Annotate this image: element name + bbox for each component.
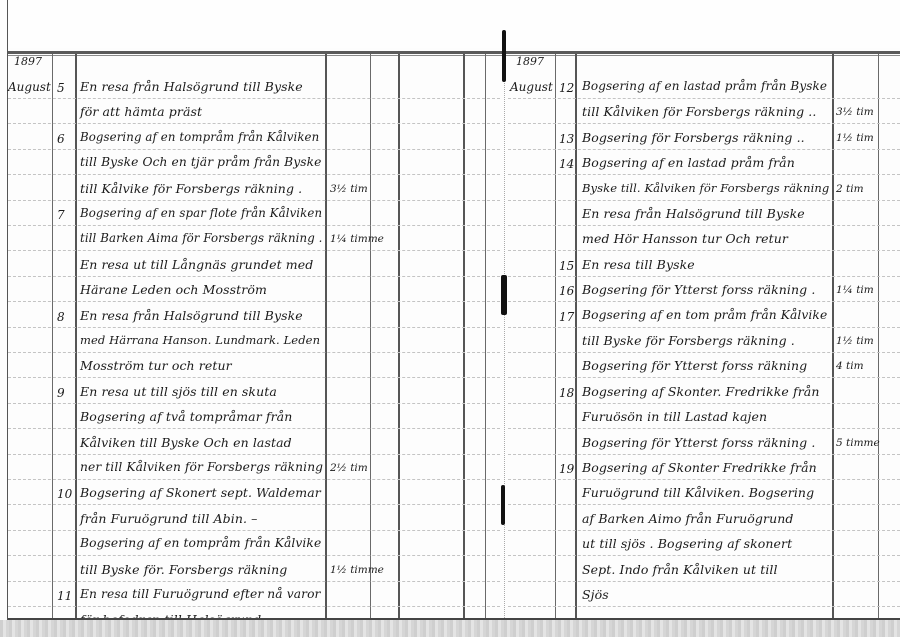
column-rule — [52, 54, 53, 620]
row-rule — [8, 428, 500, 429]
left-entry-day: 7 — [57, 208, 65, 222]
row-rule — [8, 174, 500, 175]
row-rule — [508, 225, 900, 226]
left-entry-text-line: till Barken Aima för Forsbergs räkning . — [80, 231, 323, 245]
row-rule — [508, 403, 900, 404]
right-entry-text-line: Sept. Indo från Kålviken ut till — [582, 562, 778, 577]
right-entry-text-line: till Byske för Forsbergs räkning . — [582, 333, 795, 348]
left-entry-day: 8 — [57, 310, 65, 324]
row-rule — [508, 327, 900, 328]
row-rule — [8, 149, 500, 150]
header-rule-thin — [8, 55, 900, 56]
right-entry-day: 17 — [559, 310, 574, 324]
right-entry-text-line: Bogsering för Ytterst forss räkning — [582, 358, 807, 373]
left-entry-text-line: En resa ut till Långnäs grundet med — [80, 257, 313, 272]
row-rule — [8, 250, 500, 251]
left-entry-text-line: Bogsering af en tompråm från Kålviken — [80, 130, 319, 144]
left-entry-hours: 2½ tim — [330, 462, 368, 474]
left-entry-text-line: till Kålvike för Forsbergs räkning . — [80, 181, 302, 196]
left-entry-hours: 3½ tim — [330, 183, 368, 195]
left-entry-text-line: En resa ut till sjös till en skuta — [80, 384, 277, 399]
row-rule — [8, 530, 500, 531]
right-entry-text-line: Byske till. Kålviken för Forsbergs räkni… — [582, 181, 829, 195]
column-rule — [485, 54, 486, 620]
header-rule — [8, 51, 900, 54]
row-rule — [508, 377, 900, 378]
right-entry-text-line: Sjös — [582, 587, 609, 602]
column-rule — [463, 54, 465, 620]
column-rule — [555, 54, 556, 620]
row-rule — [8, 504, 500, 505]
row-rule — [508, 250, 900, 251]
right-entry-text-line: Bogsering för Forsbergs räkning .. — [582, 130, 805, 145]
right-entry-text-line: Bogsering af en tom pråm från Kålvike — [582, 308, 827, 322]
row-rule — [508, 352, 900, 353]
left-entry-text-line: Kålviken till Byske Och en lastad — [80, 435, 292, 450]
row-rule — [508, 123, 900, 124]
right-month: August — [510, 80, 553, 94]
right-entry-text-line: Bogsering af Skonter Fredrikke från — [582, 460, 817, 475]
binding-mark-middle — [501, 275, 507, 315]
row-rule — [508, 149, 900, 150]
right-entry-text-line: Bogsering för Ytterst forss räkning . — [582, 435, 815, 450]
right-entry-hours: 1½ tim — [836, 335, 874, 347]
binding-mark-bottom — [501, 485, 505, 525]
left-entry-text-line: En resa från Halsögrund till Byske — [80, 79, 303, 94]
right-entry-day: 19 — [559, 462, 574, 476]
right-entry-text-line: till Kålviken för Forsbergs räkning .. — [582, 104, 816, 119]
column-rule — [878, 54, 879, 620]
left-entry-text-line: till Byske för. Forsbergs räkning — [80, 562, 287, 577]
left-year: 1897 — [14, 55, 42, 68]
left-entry-day: 11 — [57, 589, 72, 603]
column-rule — [325, 54, 327, 620]
left-month: August — [8, 80, 51, 94]
left-entry-hours: 1½ timme — [330, 564, 384, 576]
left-entry-hours: 1¼ timme — [330, 233, 384, 245]
left-entry-text-line: Bogsering af en tompråm från Kålvike — [80, 536, 321, 550]
right-entry-hours: 4 tim — [836, 360, 864, 372]
row-rule — [8, 454, 500, 455]
right-entry-text-line: ut till sjös . Bogsering af skonert — [582, 536, 792, 551]
right-entry-hours: 1¼ tim — [836, 284, 874, 296]
right-entry-text-line: Bogsering af en lastad pråm från Byske — [582, 79, 827, 93]
right-entry-hours: 2 tim — [836, 183, 864, 195]
row-rule — [8, 276, 500, 277]
right-year: 1897 — [516, 55, 544, 68]
row-rule — [508, 581, 900, 582]
right-entry-hours: 5 timme — [836, 437, 880, 449]
right-entry-text-line: En resa från Halsögrund till Byske — [582, 206, 805, 221]
column-rule — [75, 54, 77, 620]
top-margin — [8, 0, 900, 48]
ledger-spread: 1897 August 1897 August 5En resa från Ha… — [0, 0, 900, 637]
row-rule — [8, 98, 500, 99]
row-rule — [8, 301, 500, 302]
row-rule — [8, 200, 500, 201]
left-entry-text-line: Bogsering af två tompråmar från — [80, 409, 292, 424]
row-rule — [508, 200, 900, 201]
row-rule — [508, 428, 900, 429]
left-entry-day: 6 — [57, 132, 65, 146]
row-rule — [8, 327, 500, 328]
row-rule — [8, 555, 500, 556]
right-entry-day: 16 — [559, 284, 574, 298]
left-entry-day: 9 — [57, 386, 65, 400]
row-rule — [508, 479, 900, 480]
column-rule — [575, 54, 577, 620]
right-entry-text-line: Furuösön in till Lastad kajen — [582, 409, 767, 424]
right-entry-text-line: En resa till Byske — [582, 257, 695, 272]
column-rule — [398, 54, 400, 620]
page-bottom-shadow — [0, 620, 900, 637]
right-entry-text-line: Bogsering för Ytterst forss räkning . — [582, 282, 815, 297]
left-entry-text-line: Bogsering af Skonert sept. Waldemar — [80, 485, 321, 500]
row-rule — [8, 352, 500, 353]
column-rule — [832, 54, 834, 620]
column-rule — [370, 54, 371, 620]
right-entry-hours: 3½ tim — [836, 106, 874, 118]
right-entry-text-line: Bogsering af en lastad pråm från — [582, 155, 795, 170]
right-entry-text-line: Furuögrund till Kålviken. Bogsering — [582, 485, 814, 500]
row-rule — [508, 98, 900, 99]
left-entry-day: 10 — [57, 487, 72, 501]
right-entry-day: 18 — [559, 386, 574, 400]
left-entry-text-line: till Byske Och en tjär pråm från Byske — [80, 155, 322, 169]
row-rule — [508, 301, 900, 302]
row-rule — [8, 403, 500, 404]
left-entry-text-line: Mosström tur och retur — [80, 358, 232, 373]
row-rule — [508, 276, 900, 277]
left-entry-text-line: ner till Kålviken för Forsbergs räkning — [80, 460, 323, 474]
left-entry-text-line: En resa till Furuögrund efter nå varor — [80, 587, 321, 601]
row-rule — [8, 123, 500, 124]
left-entry-text-line: Härane Leden och Mosström — [80, 282, 267, 297]
right-entry-day: 14 — [559, 157, 574, 171]
left-entry-text-line: för att hämta präst — [80, 104, 202, 119]
right-entry-day: 15 — [559, 259, 574, 273]
row-rule — [8, 479, 500, 480]
right-entry-hours: 1½ tim — [836, 132, 874, 144]
left-entry-text-line: En resa från Halsögrund till Byske — [80, 308, 303, 323]
row-rule — [8, 225, 500, 226]
row-rule — [508, 454, 900, 455]
left-entry-day: 5 — [57, 81, 65, 95]
right-entry-text-line: med Hör Hansson tur Och retur — [582, 231, 788, 246]
row-rule — [508, 174, 900, 175]
right-entry-text-line: Bogsering af Skonter. Fredrikke från — [582, 384, 820, 399]
row-rule — [8, 581, 500, 582]
row-rule — [8, 377, 500, 378]
right-entry-text-line: af Barken Aimo från Furuögrund — [582, 511, 793, 526]
row-rule — [508, 504, 900, 505]
book-gutter — [504, 54, 505, 620]
left-entry-text-line: från Furuögrund till Abin. – — [80, 511, 257, 526]
left-entry-text-line: Bogsering af en spar flote från Kålviken — [80, 206, 322, 220]
left-entry-text-line: med Härrana Hanson. Lundmark. Leden — [80, 333, 320, 347]
row-rule — [8, 606, 500, 607]
binding-mark-top — [502, 30, 506, 82]
right-entry-day: 12 — [559, 81, 574, 95]
row-rule — [508, 606, 900, 607]
row-rule — [508, 530, 900, 531]
row-rule — [508, 555, 900, 556]
right-entry-day: 13 — [559, 132, 574, 146]
